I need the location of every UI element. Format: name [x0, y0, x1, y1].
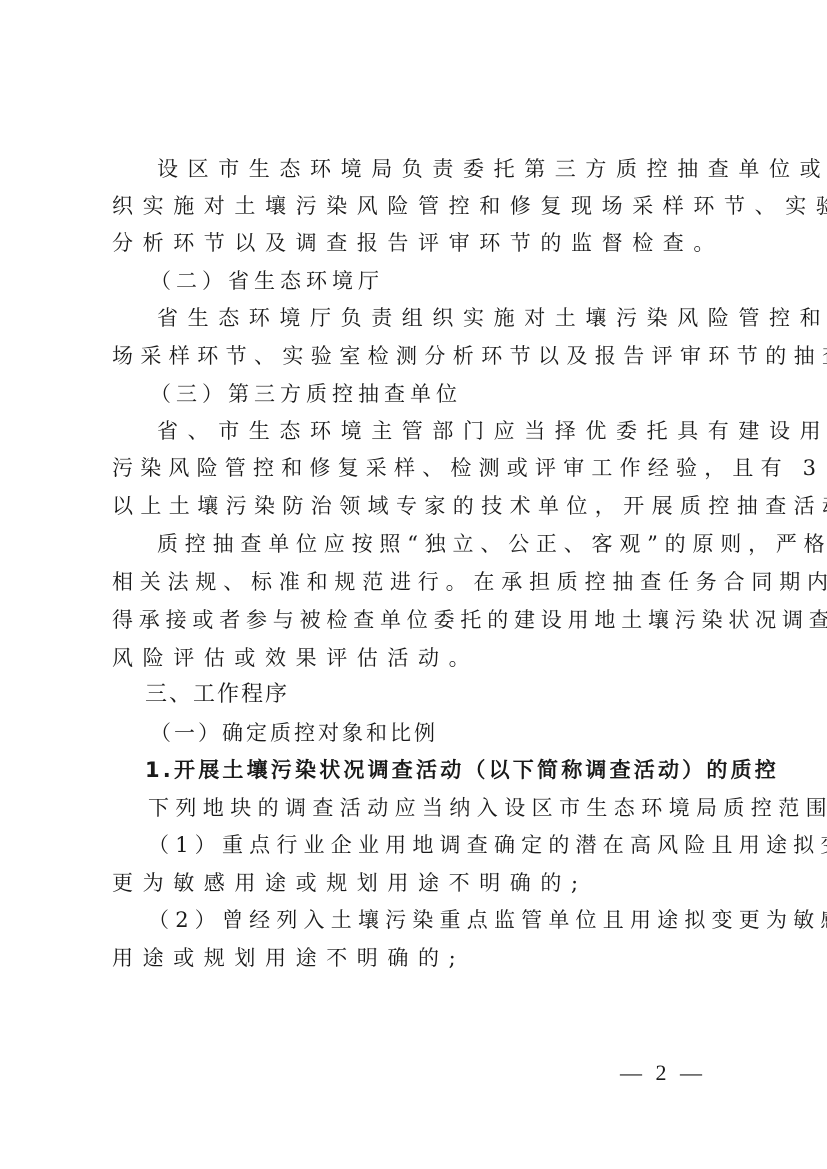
- paragraph-line: 织实施对土壤污染风险管控和修复现场采样环节、实验室检测: [112, 192, 722, 220]
- paragraph-line: 省、市生态环境主管部门应当择优委托具有建设用地土壤: [157, 417, 767, 445]
- list-item-line: （1）重点行业企业用地调查确定的潜在高风险且用途拟变: [148, 831, 758, 859]
- list-item-line: 用途或规划用途不明确的;: [112, 944, 722, 972]
- paragraph-line: 分析环节以及调查报告评审环节的监督检查。: [112, 229, 722, 257]
- paragraph-line: 下列地块的调查活动应当纳入设区市生态环境局质控范围:: [148, 794, 758, 822]
- section-heading: 三、工作程序: [145, 681, 755, 709]
- paragraph-line: 污染风险管控和修复采样、检测或评审工作经验，且有 3 名及: [112, 454, 722, 482]
- document-page: 设区市生态环境局负责委托第三方质控抽查单位或自行组 织实施对土壤污染风险管控和修…: [0, 0, 827, 1169]
- paragraph-line: 设区市生态环境局负责委托第三方质控抽查单位或自行组: [157, 155, 767, 183]
- page-number: — 2 —: [620, 1060, 706, 1086]
- paragraph-line: 省生态环境厅负责组织实施对土壤污染风险管控和修复现: [157, 304, 767, 332]
- subsection-heading: （三）第三方质控抽查单位: [150, 380, 760, 408]
- paragraph-line: 得承接或者参与被检查单位委托的建设用地土壤污染状况调查、: [112, 606, 722, 634]
- paragraph-line: 风险评估或效果评估活动。: [112, 644, 722, 672]
- list-item-line: （2）曾经列入土壤污染重点监管单位且用途拟变更为敏感: [148, 906, 758, 934]
- paragraph-line: 以上土壤污染防治领域专家的技术单位，开展质控抽查活动。: [112, 492, 722, 520]
- subsection-heading: （一）确定质控对象和比例: [150, 719, 760, 747]
- paragraph-line: 质控抽查单位应按照“独立、公正、客观”的原则，严格依据: [157, 530, 767, 558]
- list-item-line: 更为敏感用途或规划用途不明确的;: [112, 869, 722, 897]
- paragraph-line: 场采样环节、实验室检测分析环节以及报告评审环节的抽查。: [112, 342, 722, 370]
- paragraph-line: 相关法规、标准和规范进行。在承担质控抽查任务合同期内，不: [112, 568, 722, 596]
- item-heading: 1.开展土壤污染状况调查活动（以下简称调查活动）的质控: [145, 756, 755, 784]
- subsection-heading: （二）省生态环境厅: [150, 267, 760, 295]
